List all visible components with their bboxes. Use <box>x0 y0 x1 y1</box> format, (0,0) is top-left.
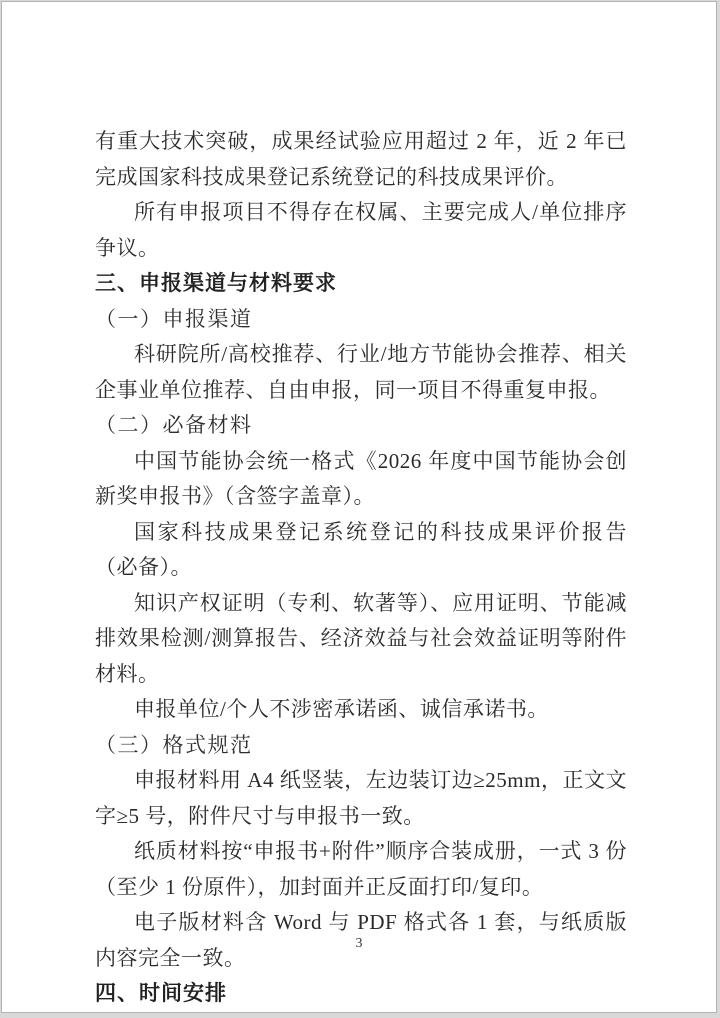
paragraph: 申报单位/个人不涉密承诺函、诚信承诺书。 <box>95 692 627 728</box>
section-heading-4: 四、时间安排 <box>95 976 627 1012</box>
paragraph: 知识产权证明（专利、软著等）、应用证明、节能减排效果检测/测算报告、经济效益与社… <box>95 586 627 693</box>
document-page: 有重大技术突破，成果经试验应用超过 2 年，近 2 年已完成国家科技成果登记系统… <box>1 1 717 1013</box>
subsection-heading-2: （二）必备材料 <box>95 408 627 444</box>
paragraph-continuation: 有重大技术突破，成果经试验应用超过 2 年，近 2 年已完成国家科技成果登记系统… <box>95 124 627 195</box>
paragraph: 所有申报项目不得存在权属、主要完成人/单位排序争议。 <box>95 195 627 266</box>
subsection-heading-3: （三）格式规范 <box>95 728 627 764</box>
scanned-document-viewport: 有重大技术突破，成果经试验应用超过 2 年，近 2 年已完成国家科技成果登记系统… <box>0 0 720 1018</box>
paragraph: 科研院所/高校推荐、行业/地方节能协会推荐、相关企事业单位推荐、自由申报，同一项… <box>95 337 627 408</box>
paragraph: 申报材料用 A4 纸竖装，左边装订边≥25mm，正文文字≥5 号，附件尺寸与申报… <box>95 763 627 834</box>
document-body: 有重大技术突破，成果经试验应用超过 2 年，近 2 年已完成国家科技成果登记系统… <box>95 124 627 1012</box>
paragraph: 中国节能协会统一格式《2026 年度中国节能协会创新奖申报书》（含签字盖章）。 <box>95 444 627 515</box>
paragraph: 国家科技成果登记系统登记的科技成果评价报告（必备）。 <box>95 515 627 586</box>
section-heading-3: 三、申报渠道与材料要求 <box>95 266 627 302</box>
subsection-heading-1: （一）申报渠道 <box>95 302 627 338</box>
page-number: 3 <box>2 936 716 952</box>
paragraph: 纸质材料按“申报书+附件”顺序合装成册，一式 3 份（至少 1 份原件），加封面… <box>95 834 627 905</box>
